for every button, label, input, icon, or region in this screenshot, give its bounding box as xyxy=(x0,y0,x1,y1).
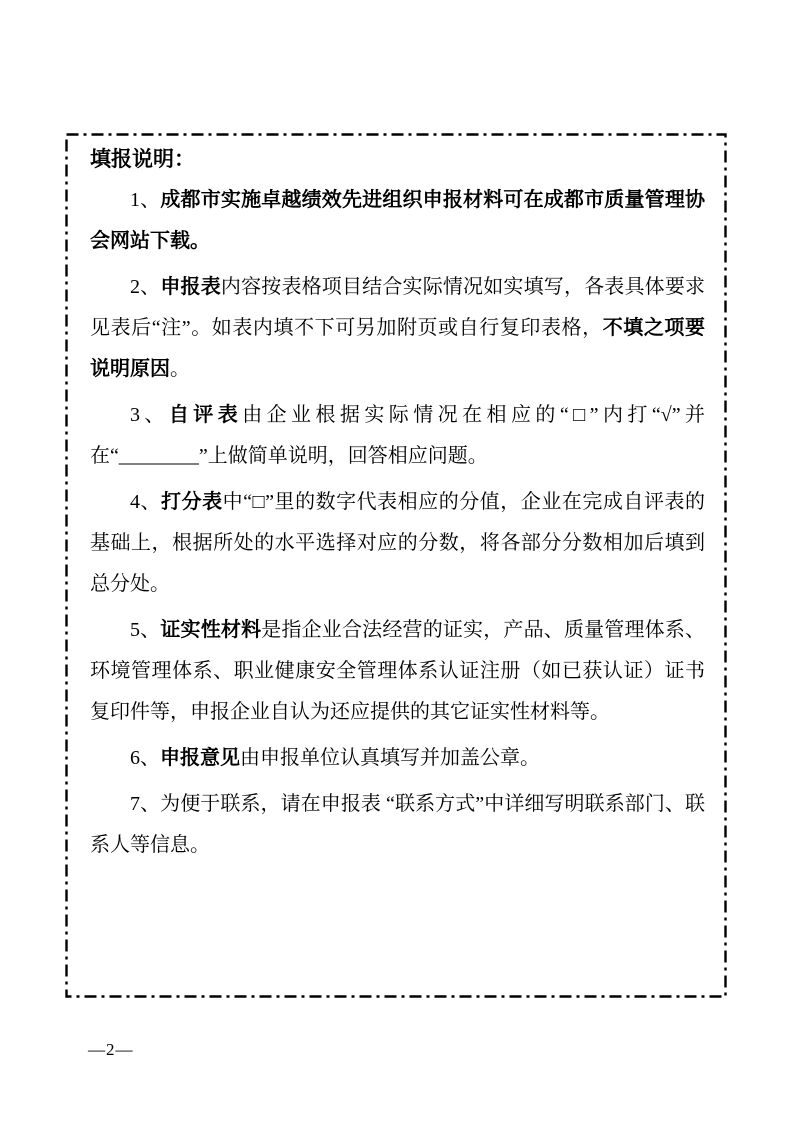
emphasis-text: 申报意见 xyxy=(160,747,240,769)
body-text: 4、 xyxy=(130,491,161,513)
body-text: 。 xyxy=(170,358,190,380)
instruction-item: 3、自评表由企业根据实际情况在相应的“□”内打“√”并在“________”上做… xyxy=(90,395,705,477)
body-text: 7、为便于联系，请在申报表 “联系方式”中详细写明联系部门、联系人等信息。 xyxy=(90,793,705,856)
instruction-item: 2、申报表内容按表格项目结合实际情况如实填写，各表具体要求见表后“注”。如表内填… xyxy=(90,267,705,390)
body-text: 1、 xyxy=(130,189,160,211)
instruction-item: 6、申报意见由申报单位认真填写并加盖公章。 xyxy=(90,738,705,779)
instruction-item: 5、证实性材料是指企业合法经营的证实，产品、质量管理体系、环境管理体系、职业健康… xyxy=(90,610,705,733)
document-page: 填报说明： 1、成都市实施卓越绩效先进组织申报材料可在成都市质量管理协会网站下载… xyxy=(0,0,794,1123)
emphasis-text: 打分表 xyxy=(161,491,223,513)
body-text: 5、 xyxy=(130,619,160,641)
body-text: 3、 xyxy=(130,404,169,426)
emphasis-text: 成都市实施卓越绩效先进组织申报材料可在成都市质量管理协会网站下载。 xyxy=(90,189,705,252)
instructions-box: 填报说明： 1、成都市实施卓越绩效先进组织申报材料可在成都市质量管理协会网站下载… xyxy=(65,133,727,998)
body-text: 2、 xyxy=(130,276,160,298)
instructions-content: 填报说明： 1、成都市实施卓越绩效先进组织申报材料可在成都市质量管理协会网站下载… xyxy=(65,133,727,998)
instruction-item: 4、打分表中“□”里的数字代表相应的分值，企业在完成自评表的基础上，根据所处的水… xyxy=(90,482,705,605)
instructions-list: 1、成都市实施卓越绩效先进组织申报材料可在成都市质量管理协会网站下载。2、申报表… xyxy=(90,180,705,866)
instruction-item: 7、为便于联系，请在申报表 “联系方式”中详细写明联系部门、联系人等信息。 xyxy=(90,784,705,866)
body-text: 6、 xyxy=(130,747,160,769)
instruction-item: 1、成都市实施卓越绩效先进组织申报材料可在成都市质量管理协会网站下载。 xyxy=(90,180,705,262)
emphasis-text: 申报表 xyxy=(160,276,221,298)
emphasis-text: 证实性材料 xyxy=(160,619,261,641)
page-number: —2— xyxy=(88,1038,134,1062)
instructions-title: 填报说明： xyxy=(90,139,705,180)
emphasis-text: 自评表 xyxy=(169,404,242,426)
body-text: 由申报单位认真填写并加盖公章。 xyxy=(240,747,540,769)
